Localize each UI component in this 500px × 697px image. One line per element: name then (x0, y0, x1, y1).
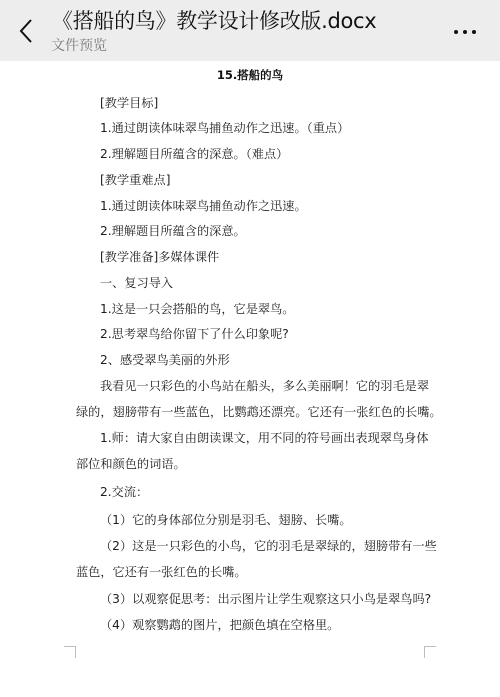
doc-line: 我看见一只彩色的小鸟站在船头，多么美丽啊！它的羽毛是翠 (100, 378, 429, 394)
back-button[interactable] (12, 14, 40, 48)
doc-line: （2）这是一只彩色的小鸟，它的羽毛是翠绿的，翅膀带有一些 (100, 538, 437, 554)
doc-line: 蓝色，它还有一张红色的长嘴。 (76, 564, 247, 580)
chevron-left-icon (18, 18, 34, 44)
doc-line: [教学准备]多媒体课件 (100, 249, 219, 265)
doc-line: 一、复习导入 (100, 275, 173, 291)
doc-line: （1）它的身体部位分别是羽毛、翅膀、长嘴。 (100, 512, 352, 528)
doc-line: 2.理解题目所蕴含的深意。 (100, 223, 246, 239)
doc-line: 1.师：请大家自由朗读课文，用不同的符号画出表现翠鸟身体 (100, 430, 429, 446)
doc-line: （3）以观察促思考：出示图片让学生观察这只小鸟是翠鸟吗? (100, 591, 431, 607)
doc-line: 2.理解题目所蕴含的深意。（难点） (100, 146, 288, 162)
doc-line: 1.这是一只会搭船的鸟，它是翠鸟。 (100, 301, 294, 317)
doc-line: 1.通过朗读体味翠鸟捕鱼动作之迅速。 (100, 198, 307, 214)
doc-line: 绿的，翅膀带有一些蓝色，比鹦鹉还漂亮。它还有一张红色的长嘴。 (76, 404, 442, 420)
page-margin-corner-marker (64, 646, 76, 658)
file-title: 《搭船的鸟》教学设计修改版.docx (52, 6, 376, 36)
page-margin-corner-marker (424, 646, 436, 658)
doc-line: [教学重难点] (100, 172, 170, 188)
doc-line: 部位和颜色的词语。 (76, 456, 186, 472)
top-bar: 《搭船的鸟》教学设计修改版.docx 文件预览 (0, 0, 500, 61)
doc-line: [教学目标] (100, 95, 158, 111)
document-heading: 15.搭船的鸟 (0, 67, 500, 83)
file-preview-label: 文件预览 (51, 36, 107, 56)
more-horizontal-icon (454, 30, 458, 34)
doc-line: 2、感受翠鸟美丽的外形 (100, 352, 230, 368)
doc-line: 2.交流： (100, 484, 148, 500)
more-horizontal-icon (472, 30, 476, 34)
doc-line: 2.思考翠鸟给你留下了什么印象呢? (100, 326, 289, 342)
document-preview[interactable]: 15.搭船的鸟 [教学目标] 1.通过朗读体味翠鸟捕鱼动作之迅速。（重点） 2.… (0, 61, 500, 697)
doc-line: （4）观察鹦鹉的图片，把颜色填在空格里。 (100, 617, 339, 633)
more-horizontal-icon (463, 30, 467, 34)
doc-line: 1.通过朗读体味翠鸟捕鱼动作之迅速。（重点） (100, 120, 349, 136)
more-options-button[interactable] (454, 24, 476, 40)
